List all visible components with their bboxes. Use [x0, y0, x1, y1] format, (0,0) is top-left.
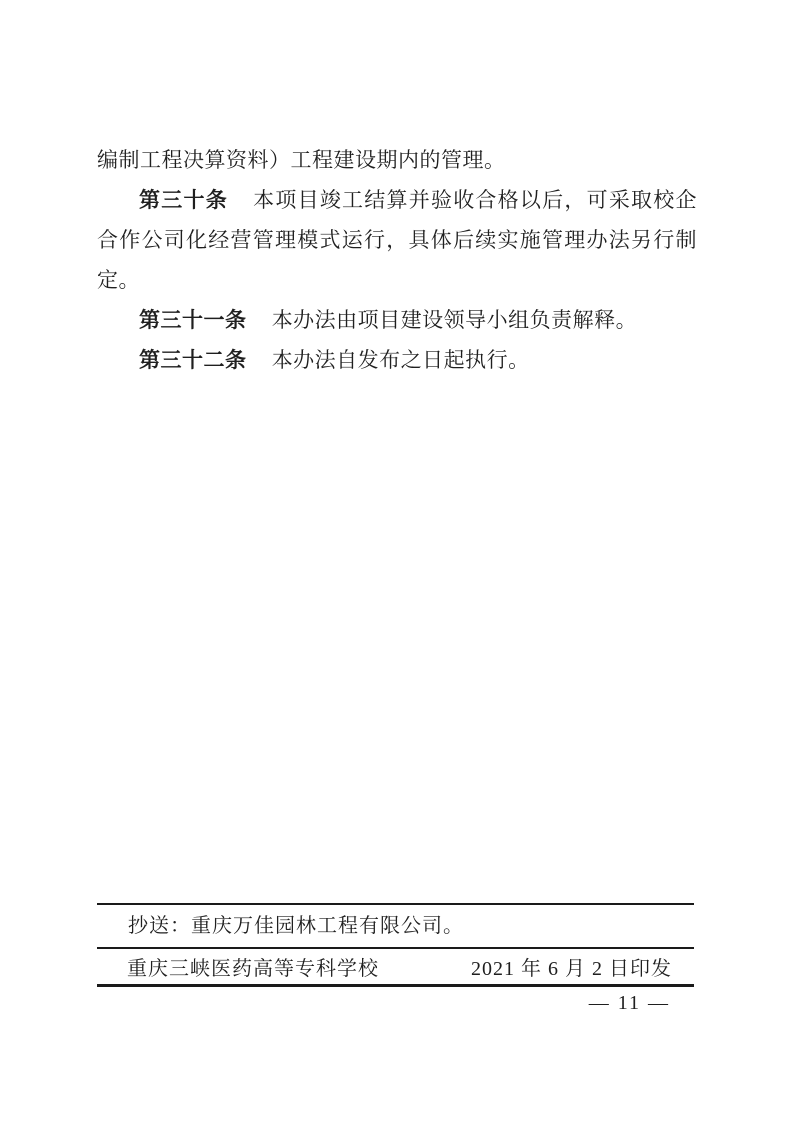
document-footer: 抄送：重庆万佳园林工程有限公司。 重庆三峡医药高等专科学校 2021 年 6 月… — [97, 903, 694, 987]
issuer-name: 重庆三峡医药高等专科学校 — [127, 952, 379, 981]
article-32-term: 第三十二条 — [139, 348, 247, 372]
document-body: 编制工程决算资料）工程建设期内的管理。 第三十条本项目竣工结算并验收合格以后，可… — [97, 140, 697, 380]
print-date: 2021 年 6 月 2 日印发 — [471, 952, 672, 981]
cc-line-text: 抄送：重庆万佳园林工程有限公司。 — [128, 915, 464, 937]
issuer-row: 重庆三峡医药高等专科学校 2021 年 6 月 2 日印发 — [97, 949, 694, 987]
article-30-paragraph: 第三十条本项目竣工结算并验收合格以后，可采取校企合作公司化经营管理模式运行，具体… — [97, 180, 697, 300]
article-32-text: 本办法自发布之日起执行。 — [272, 348, 530, 372]
article-31-term: 第三十一条 — [139, 308, 247, 332]
page-number-text: — 11 — — [589, 992, 670, 1014]
article-32-paragraph: 第三十二条本办法自发布之日起执行。 — [97, 340, 697, 380]
article-30-term: 第三十条 — [139, 188, 228, 212]
document-page: 编制工程决算资料）工程建设期内的管理。 第三十条本项目竣工结算并验收合格以后，可… — [0, 0, 794, 1123]
continuation-line: 编制工程决算资料）工程建设期内的管理。 — [97, 140, 697, 180]
cc-row: 抄送：重庆万佳园林工程有限公司。 — [97, 903, 694, 949]
continuation-line-text: 编制工程决算资料）工程建设期内的管理。 — [97, 148, 506, 172]
page-number: — 11 — — [97, 992, 694, 1015]
article-31-paragraph: 第三十一条本办法由项目建设领导小组负责解释。 — [97, 300, 697, 340]
article-31-text: 本办法由项目建设领导小组负责解释。 — [272, 308, 638, 332]
